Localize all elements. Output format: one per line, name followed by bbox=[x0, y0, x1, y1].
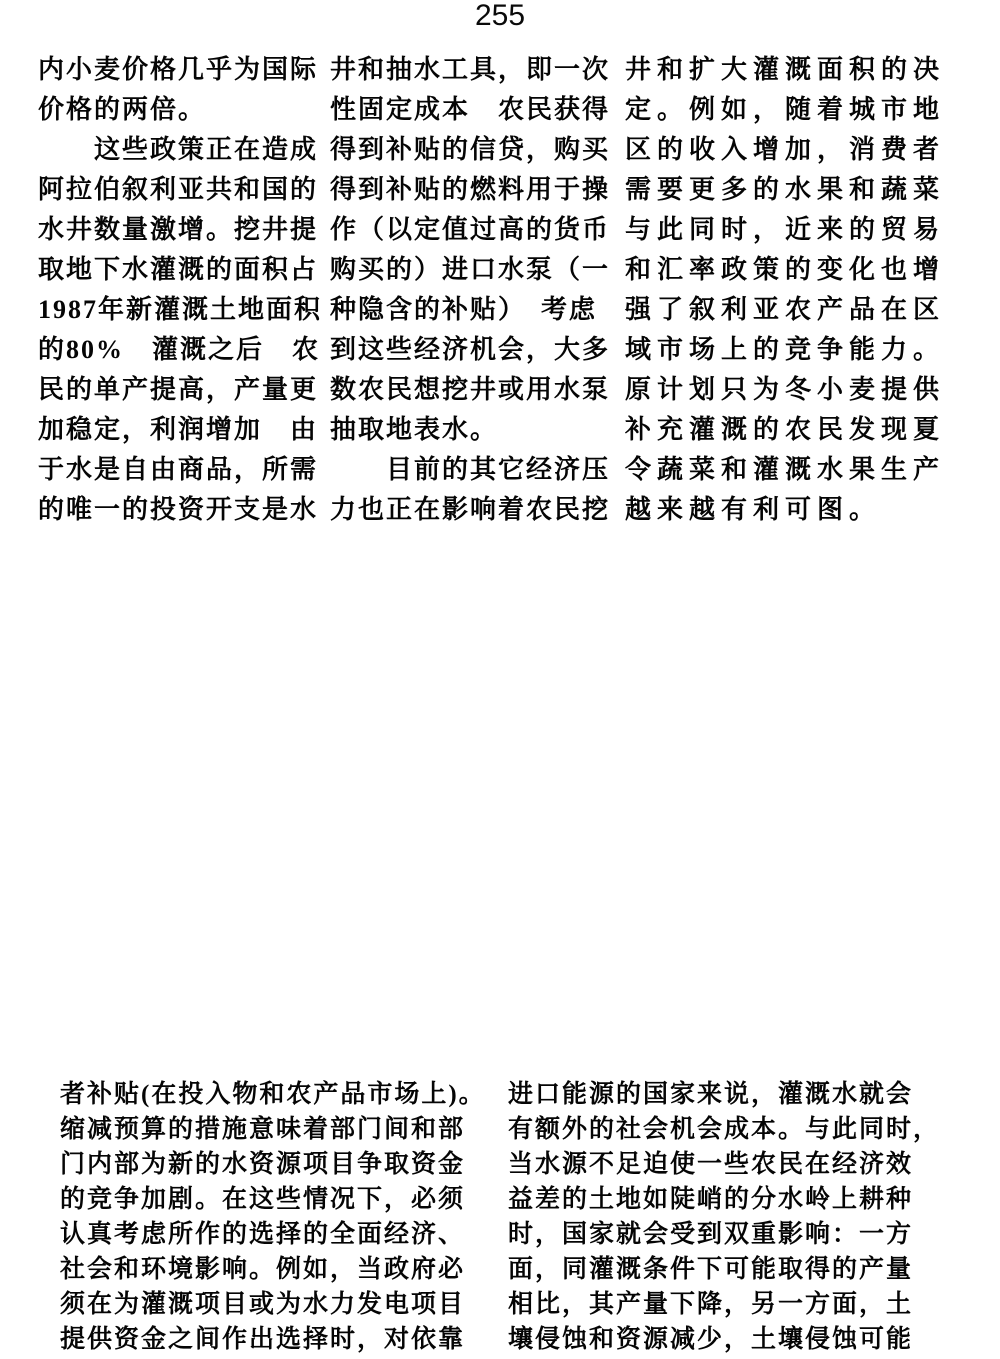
text-line: 社会和环境影响。例如，当政府必 bbox=[60, 1252, 500, 1287]
top-column-2: 井和抽水工具，即一次 性固定成本 农民获得 得到补贴的信贷，购买 得到补贴的燃料… bbox=[330, 50, 618, 530]
text-line: 力也正在影响着农民挖 bbox=[330, 490, 618, 530]
text-line: 到这些经济机会，大多 bbox=[330, 330, 618, 370]
text-line: 民的单产提高，产量更 bbox=[38, 370, 326, 410]
text-line: 加稳定，利润增加 由 bbox=[38, 410, 326, 450]
text-line: 缩减预算的措施意味着部门间和部 bbox=[60, 1112, 500, 1147]
text-line: 数农民想挖井或用水泵 bbox=[330, 370, 618, 410]
text-line: 进口能源的国家来说，灌溉水就会 bbox=[508, 1077, 956, 1112]
bottom-column-2: 进口能源的国家来说，灌溉水就会 有额外的社会机会成本。与此同时， 当水源不足迫使… bbox=[508, 1077, 956, 1357]
text-line: 门内部为新的水资源项目争取资金 bbox=[60, 1147, 500, 1182]
text-line: 得到补贴的燃料用于操 bbox=[330, 170, 618, 210]
text-line: 取地下水灌溉的面积占 bbox=[38, 250, 326, 290]
text-line: 井和抽水工具，即一次 bbox=[330, 50, 618, 90]
text-line: 当水源不足迫使一些农民在经济效 bbox=[508, 1147, 956, 1182]
text-line: 得到补贴的信贷，购买 bbox=[330, 130, 618, 170]
text-line: 性固定成本 农民获得 bbox=[330, 90, 618, 130]
text-line: 的竞争加剧。在这些情况下，必须 bbox=[60, 1182, 500, 1217]
text-line: 提供资金之间作出选择时，对依靠 bbox=[60, 1322, 500, 1357]
text-line: 内小麦价格几乎为国际 bbox=[38, 50, 326, 90]
page-number: 255 bbox=[0, 0, 1000, 32]
text-line: 的80% 灌溉之后 农 bbox=[38, 330, 326, 370]
text-line: 相比，其产量下降，另一方面，土 bbox=[508, 1287, 956, 1322]
text-line: 时，国家就会受到双重影响：一方 bbox=[508, 1217, 956, 1252]
text-line: 须在为灌溉项目或为水力发电项目 bbox=[60, 1287, 500, 1322]
text-line: 者补贴(在投入物和农产品市场上)。 bbox=[60, 1077, 500, 1112]
text-line: 越来越有利可图。 bbox=[625, 490, 955, 530]
text-line: 1987年新灌溉土地面积 bbox=[38, 290, 326, 330]
text-line: 令蔬菜和灌溉水果生产 bbox=[625, 450, 955, 490]
text-line: 目前的其它经济压 bbox=[330, 450, 618, 490]
text-line: 需要更多的水果和蔬菜 bbox=[625, 170, 955, 210]
top-column-3: 井和扩大灌溉面积的决 定。例如，随着城市地 区的收入增加，消费者 需要更多的水果… bbox=[625, 50, 955, 530]
text-line: 阿拉伯叙利亚共和国的 bbox=[38, 170, 326, 210]
text-line: 井和扩大灌溉面积的决 bbox=[625, 50, 955, 90]
text-line: 益差的土地如陡峭的分水岭上耕种 bbox=[508, 1182, 956, 1217]
text-line: 的唯一的投资开支是水 bbox=[38, 490, 326, 530]
text-line: 于水是自由商品，所需 bbox=[38, 450, 326, 490]
text-line: 水井数量激增。挖井提 bbox=[38, 210, 326, 250]
text-line: 价格的两倍。 bbox=[38, 90, 326, 130]
bottom-column-1: 者补贴(在投入物和农产品市场上)。 缩减预算的措施意味着部门间和部 门内部为新的… bbox=[60, 1077, 500, 1357]
text-line: 和汇率政策的变化也增 bbox=[625, 250, 955, 290]
text-line: 定。例如，随着城市地 bbox=[625, 90, 955, 130]
text-line: 壤侵蚀和资源减少，土壤侵蚀可能 bbox=[508, 1322, 956, 1357]
scanned-document-page: 255 内小麦价格几乎为国际 价格的两倍。 这些政策正在造成 阿拉伯叙利亚共和国… bbox=[0, 0, 1000, 1359]
text-line: 有额外的社会机会成本。与此同时， bbox=[508, 1112, 956, 1147]
text-line: 购买的）进口水泵（一 bbox=[330, 250, 618, 290]
text-line: 种隐含的补贴） 考虑 bbox=[330, 290, 618, 330]
text-line: 认真考虑所作的选择的全面经济、 bbox=[60, 1217, 500, 1252]
text-line: 与此同时，近来的贸易 bbox=[625, 210, 955, 250]
text-line: 抽取地表水。 bbox=[330, 410, 618, 450]
text-line: 区的收入增加，消费者 bbox=[625, 130, 955, 170]
text-line: 强了叙利亚农产品在区 bbox=[625, 290, 955, 330]
text-line: 原计划只为冬小麦提供 bbox=[625, 370, 955, 410]
text-line: 面，同灌溉条件下可能取得的产量 bbox=[508, 1252, 956, 1287]
text-line: 这些政策正在造成 bbox=[38, 130, 326, 170]
text-line: 作（以定值过高的货币 bbox=[330, 210, 618, 250]
text-line: 域市场上的竞争能力。 bbox=[625, 330, 955, 370]
top-column-1: 内小麦价格几乎为国际 价格的两倍。 这些政策正在造成 阿拉伯叙利亚共和国的 水井… bbox=[38, 50, 326, 530]
text-line: 补充灌溉的农民发现夏 bbox=[625, 410, 955, 450]
